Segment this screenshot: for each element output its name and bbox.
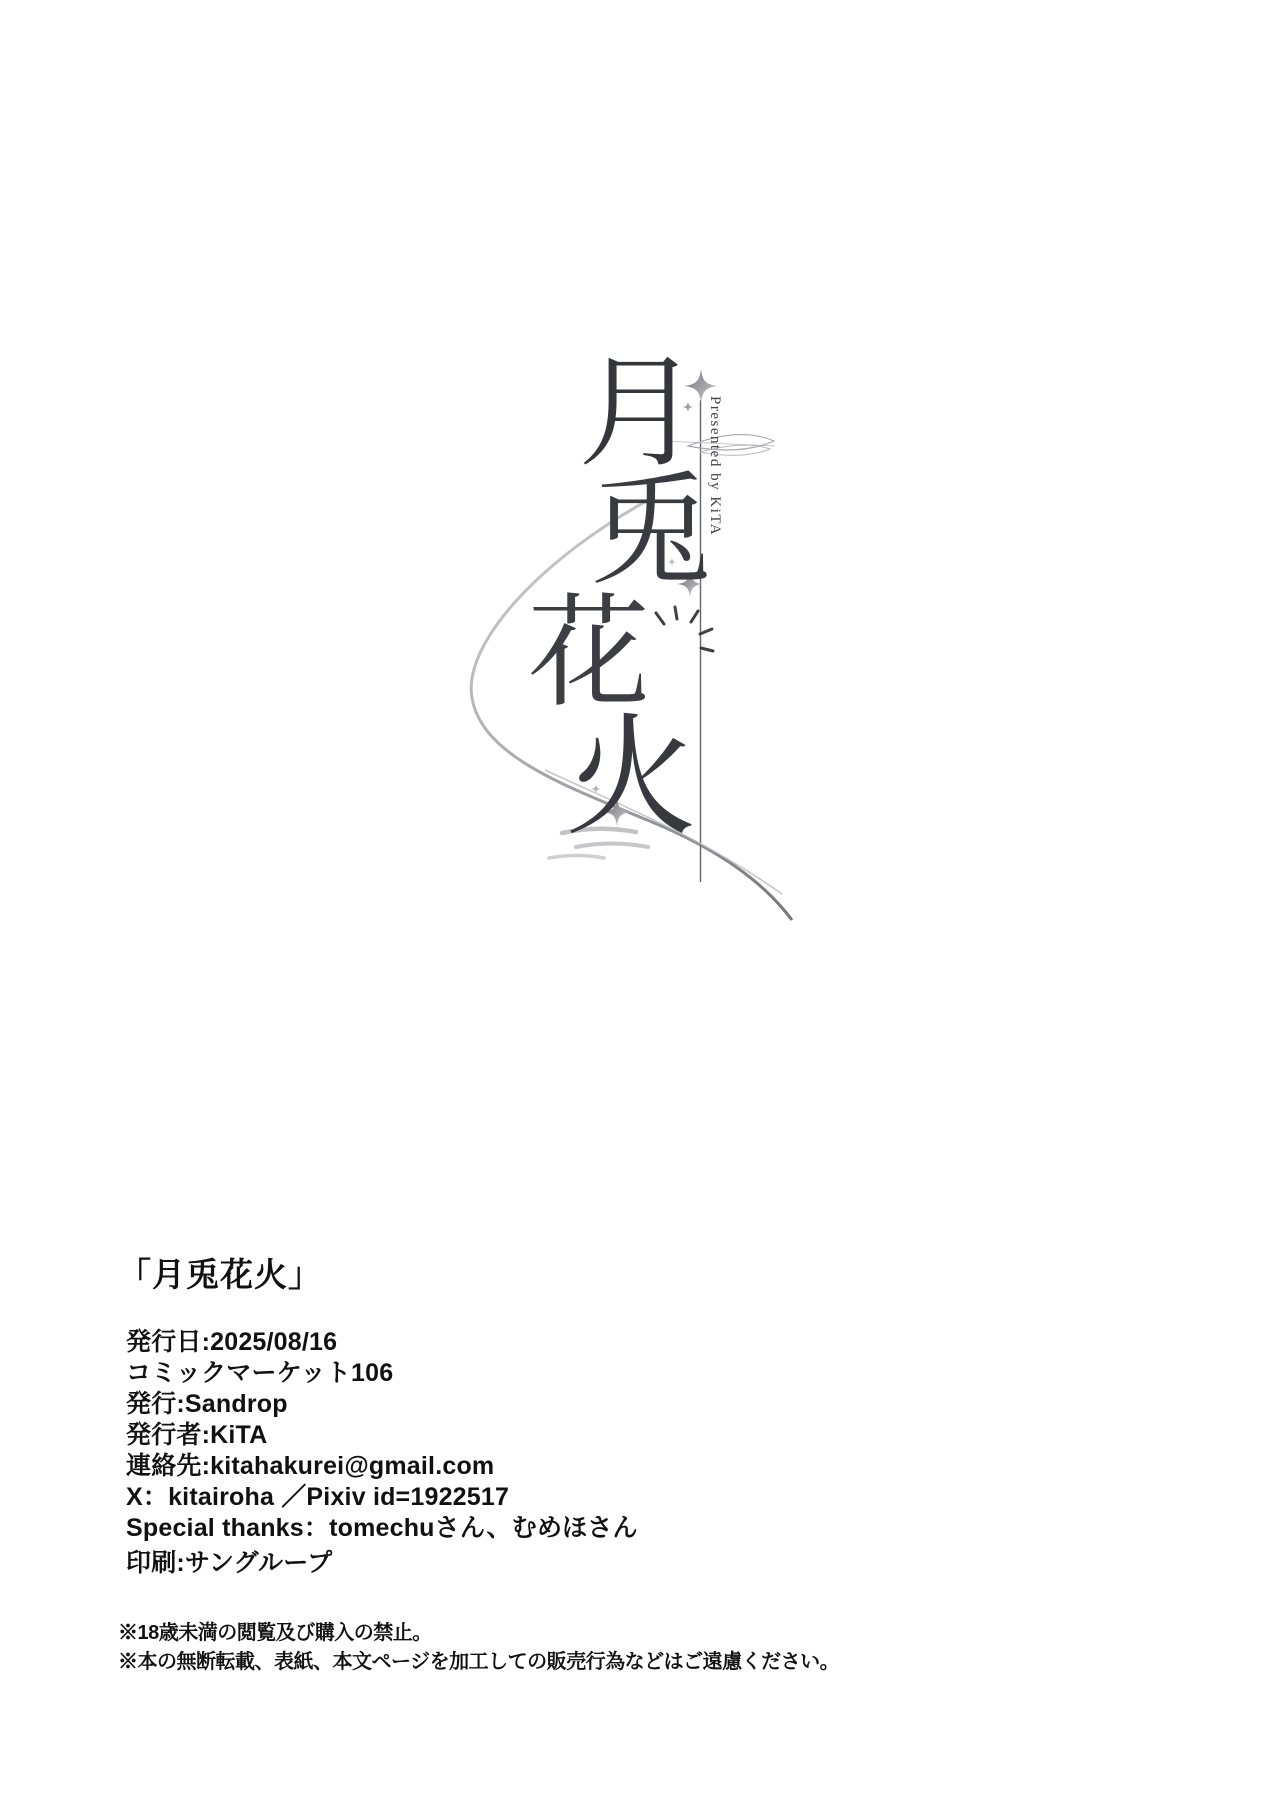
reproduction-note: ※本の無断転載、表紙、本文ページを加工しての販売行為などはご遠慮ください。 — [118, 1648, 1118, 1677]
logo-char-hana: 花 — [528, 592, 650, 714]
logo-char-hi: 火 — [565, 712, 697, 844]
colophon-page: 月 兎 花 火 Presented by KiTA 「月兎花火」 発行日:202… — [0, 0, 1280, 1808]
contact-email: 連絡先:kitahakurei@gmail.com — [126, 1451, 1118, 1482]
event-name: コミックマーケット106 — [126, 1358, 1118, 1389]
publisher-circle: 発行:Sandrop — [126, 1389, 1118, 1420]
publisher-person: 発行者:KiTA — [126, 1420, 1118, 1451]
title-logo: 月 兎 花 火 Presented by KiTA — [400, 330, 830, 950]
age-restriction-note: ※18歳未満の閲覧及び購入の禁止。 — [118, 1619, 1118, 1648]
social-accounts: X：kitairoha ／Pixiv id=1922517 — [126, 1482, 1118, 1513]
special-thanks: Special thanks：tomechuさん、むめほさん — [126, 1513, 1118, 1544]
logo-char-usagi: 兎 — [590, 470, 712, 592]
printer: 印刷:サングループ — [126, 1548, 1118, 1579]
presented-by-text: Presented by KiTA — [706, 396, 723, 566]
firework-burst-icon — [656, 607, 713, 651]
book-title: 「月兎花火」 — [118, 1249, 1118, 1289]
publication-info: 発行日:2025/08/16 コミックマーケット106 発行:Sandrop 発… — [126, 1327, 1118, 1579]
legal-notes: ※18歳未満の閲覧及び購入の禁止。 ※本の無断転載、表紙、本文ページを加工しての… — [118, 1619, 1118, 1677]
colophon-block: 「月兎花火」 発行日:2025/08/16 コミックマーケット106 発行:Sa… — [118, 1249, 1118, 1677]
publication-date: 発行日:2025/08/16 — [126, 1327, 1118, 1358]
logo-char-tsuki: 月 — [578, 352, 700, 474]
